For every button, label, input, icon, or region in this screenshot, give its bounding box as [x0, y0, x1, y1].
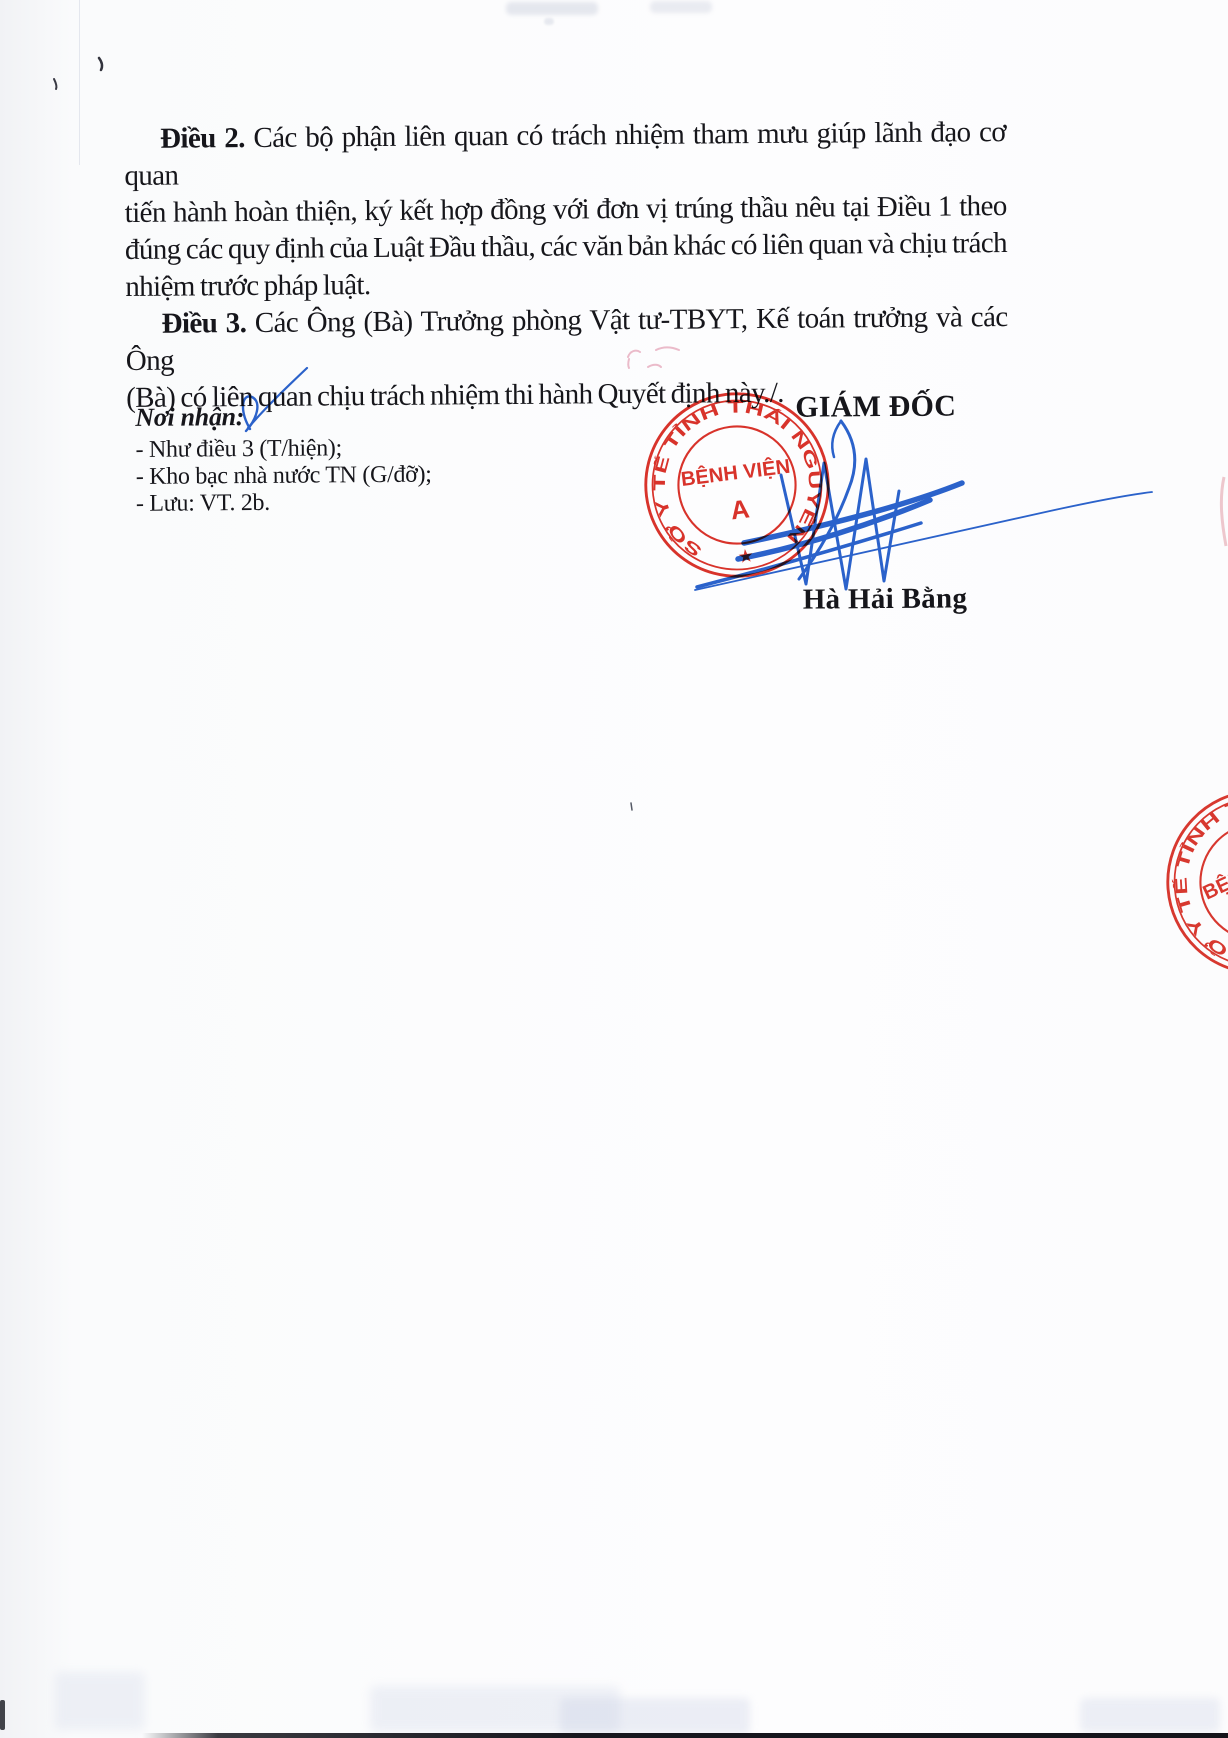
scan-edge-mark [0, 1700, 5, 1730]
article-label: Điều 3. [161, 307, 246, 340]
paragraph-text: nhiệm trước pháp luật. [125, 269, 371, 303]
body-text: Điều 2. Các bộ phận liên quan có trách n… [124, 114, 1008, 417]
recipients-heading: Nơi nhận: [135, 401, 431, 433]
paragraph-text: tiến hành hoàn thiện, ký kết hợp đồng vớ… [125, 190, 1007, 229]
stamp-org-name: BỆNH VIỆN [680, 454, 792, 491]
official-round-stamp: SỞ Y TẾ TỈNH THÁI NGUYÊN BỆNH VIỆN A ★ [630, 378, 844, 592]
paragraph-text: đúng các quy định của Luật Đầu thầu, các… [125, 227, 1007, 266]
recipient-item: - Như điều 3 (T/hiện); [135, 435, 431, 464]
scan-fold-line [79, 0, 80, 165]
stamp-graphic: SỞ Y TẾ TỈNH THÁI NGUYÊN BỆNH VIỆN A ★ [630, 378, 844, 592]
paragraph-line: đúng các quy định của Luật Đầu thầu, các… [125, 225, 1007, 269]
recipient-item: - Kho bạc nhà nước TN (G/đỡ); [136, 462, 432, 491]
paragraph-text: Các Ông (Bà) Trưởng phòng Vật tư-TBYT, K… [126, 301, 1008, 377]
scanned-document-page: Điều 2. Các bộ phận liên quan có trách n… [0, 0, 1228, 1738]
paragraph-line: Điều 3. Các Ông (Bà) Trưởng phòng Vật tư… [125, 299, 1008, 380]
recipients-list: - Như điều 3 (T/hiện); - Kho bạc nhà nướ… [135, 435, 431, 518]
stamp-org-letter: A [729, 495, 751, 525]
document-content: Điều 2. Các bộ phận liên quan có trách n… [0, 0, 1228, 1738]
recipients-block: Nơi nhận: - Như điều 3 (T/hiện); - Kho b… [135, 401, 432, 518]
signer-name: Hà Hải Bằng [803, 582, 968, 616]
stamp-star-icon: ★ [736, 544, 755, 567]
paragraph-line: Điều 2. Các bộ phận liên quan có trách n… [124, 114, 1007, 195]
recipient-item: - Lưu: VT. 2b. [136, 489, 432, 518]
article-label: Điều 2. [160, 122, 245, 155]
scan-edge-shadow [142, 1733, 1228, 1738]
paragraph-text: Các bộ phận liên quan có trách nhiệm tha… [124, 116, 1006, 192]
